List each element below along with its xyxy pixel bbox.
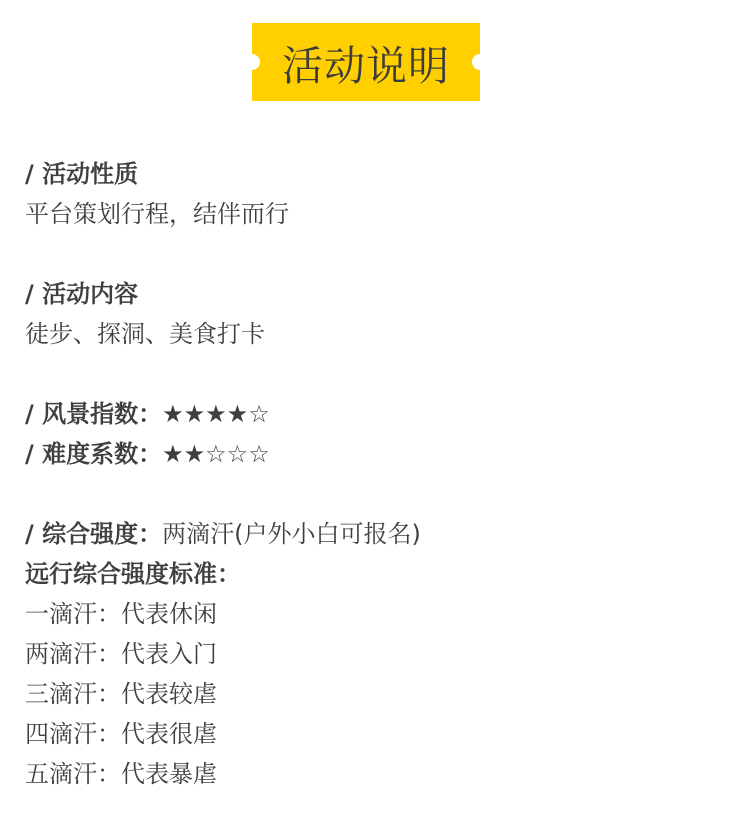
intensity-value: 两滴汗(户外小白可报名) — [162, 520, 421, 548]
standard-item: 三滴汗：代表较虐 — [25, 679, 217, 709]
intensity-row: / 综合强度：两滴汗(户外小白可报名) — [25, 519, 421, 549]
standard-item: 一滴汗：代表休闲 — [25, 599, 217, 629]
scenery-row: / 风景指数：★★★★☆ — [25, 399, 270, 429]
difficulty-stars-icon: ★★☆☆☆ — [162, 440, 270, 468]
title-badge: 活动说明 — [252, 23, 480, 101]
content-value: 徒步、探洞、美食打卡 — [25, 319, 265, 349]
standard-item: 五滴汗：代表暴虐 — [25, 759, 217, 789]
standard-item: 四滴汗：代表很虐 — [25, 719, 217, 749]
intensity-label: / 综合强度： — [25, 520, 162, 548]
standard-heading: 远行综合强度标准： — [25, 559, 241, 589]
content-heading: / 活动内容 — [25, 279, 138, 309]
nature-heading: / 活动性质 — [25, 159, 138, 189]
nature-value: 平台策划行程，结伴而行 — [25, 199, 289, 229]
difficulty-label: / 难度系数： — [25, 440, 162, 468]
scenery-label: / 风景指数： — [25, 400, 162, 428]
page-title: 活动说明 — [282, 33, 450, 92]
difficulty-row: / 难度系数：★★☆☆☆ — [25, 439, 270, 469]
scenery-stars-icon: ★★★★☆ — [162, 400, 270, 428]
standard-item: 两滴汗：代表入门 — [25, 639, 217, 669]
